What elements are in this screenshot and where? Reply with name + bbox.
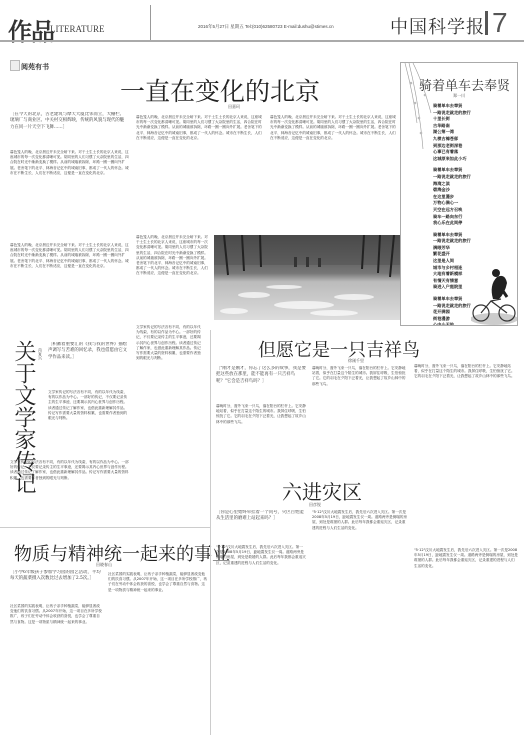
tree-lined-avenue-photo	[214, 235, 402, 320]
poem-line: 心事已有着落	[433, 149, 471, 156]
body-auspicious-bird-col1: 暮晚时分，窗外飞来一只鸟，落在阳台的栏杆上。它安静地站着，似乎在打量这个陌生的城…	[216, 404, 306, 476]
author-biography: 肖复兴	[37, 348, 43, 360]
headline-auspicious-bird: 但愿它是一只吉祥鸟	[258, 336, 420, 362]
body-material-spirit-col2: 社区菜园的实践表明，让孩子亲手种植蔬菜，能够显著改变他们的饮食习惯。从2007年…	[108, 572, 208, 736]
poem-line: 十里长街	[433, 116, 471, 123]
poem-title: 骑着单车去奉贤	[419, 75, 510, 94]
poem-line: 万物心满心一	[433, 200, 471, 207]
body-disaster-zone-col1: "5·12"汶川大地震发生后，我先后六次进入灾区。第一次是2008年5月19日，…	[216, 545, 306, 735]
body-biography-col2: 文学家传记的写法各有不同，有的以年代为线索，有的以作品为中心。一部好的传记，不仅…	[136, 325, 202, 520]
section-title: 作品	[8, 12, 54, 47]
lede-material-spirit: ［小学6年级孩子参加学习园的园艺活动，平均每天的蔬菜摄入次数比过去增加了2.5次…	[10, 570, 102, 598]
cyclist-illustration-icon	[471, 263, 517, 325]
lede-beijing: ［在今天的北京，古老建筑与摩天大厦比邻而立，大栅栏、琉璃厂与商业区、中关村交相辉…	[10, 112, 128, 146]
headline-disaster-zone: 六进灾区	[282, 476, 362, 505]
column-divider	[210, 330, 211, 735]
author-auspicious-bird: 徐刚千里	[348, 358, 364, 364]
lede-disaster-zone: ［你是心里始终牵挂着一个问号，灾区百姓能从生活里的磨难上站起来吗？］	[216, 510, 306, 540]
poem-line: 我心乐在此间停	[433, 220, 471, 227]
body-biography-col1: 文学家传记的写法各有不同，有的以年代为线索，有的以作品为中心。一部好的传记，不仅…	[48, 390, 128, 460]
poem-line: 湖公第一湾	[433, 129, 471, 136]
body-disaster-zone-col3: "5·12"汶川大地震发生后，我先后六次进入灾区。第一次是2008年5月19日，…	[414, 548, 518, 735]
author-beijing: 田嘉珂	[228, 104, 240, 110]
column-tag: 阅苑有书	[21, 62, 49, 72]
newspaper-name: 中国科学报	[390, 13, 485, 39]
author-material-spirit: 田晓春山	[96, 562, 112, 568]
body-beijing-col3: 暮色笼人的晚，北京晨边并未完全暗下来。对于土生土长的北京人来说，这座城市的每一次…	[270, 115, 398, 233]
poem-author: 郑一川	[453, 93, 465, 99]
poem-line: 一路说走就走的旅行	[433, 174, 471, 181]
poem-line: 大地有着新模样	[433, 271, 471, 278]
masthead-divider	[150, 5, 151, 41]
section-divider	[0, 527, 210, 528]
lede-auspicious-bird: ［"刚才是刚才，你忘了这么多的故事，我是要把这些放在那里，能不能再有一只吉祥鸟呢…	[216, 366, 306, 400]
body-biography-col1b: 文学家传记的写法各有不同，有的以年代为线索，有的以作品为中心。一部好的传记，不仅…	[10, 460, 130, 520]
poem-line: 这城原来如此小巧	[433, 156, 471, 163]
poem-line: 花开满园	[433, 309, 471, 316]
author-disaster-zone: 田彦锐	[309, 502, 321, 508]
poem-line: 天空在远方召唤	[433, 207, 471, 214]
body-beijing-col1b: 暮色笼人的晚，北京晨边并未完全暗下来。对于土生土长的北京人来说，这座城市的每一次…	[10, 243, 130, 303]
section-title-english: LITERATURE	[50, 24, 105, 34]
poem-line: 骑着单车去奉贤	[433, 167, 471, 174]
body-material-spirit-col1: 社区菜园的实践表明，让孩子亲手种植蔬菜，能够显著改变他们的饮食习惯。从2007年…	[10, 604, 102, 736]
issue-meta: 2016年5月27日 星期五 Tel:(010)62580723 E-mail:…	[198, 24, 334, 30]
poem-line: 九棵古樟苍郁	[433, 136, 471, 143]
body-auspicious-bird-col2: 暮晚时分，窗外飞来一只鸟，落在阳台的栏杆上。它安静地站着，似乎在打量这个陌生的城…	[312, 366, 408, 476]
poem-line: 这里是人间	[433, 258, 471, 265]
body-beijing-col2b: 暮色笼人的晚，北京晨边并未完全暗下来。对于土生土长的北京人来说，这座城市的每一次…	[136, 235, 211, 320]
poem-line: 碧海金沙	[433, 187, 471, 194]
poem-line: 骑着单车去奉贤	[433, 296, 471, 303]
body-auspicious-bird-col3: 暮晚时分，窗外飞来一只鸟，落在阳台的栏杆上。它安静地站着，似乎在打量这个陌生的城…	[414, 364, 518, 544]
headline-material-spirit: 物质与精神统一起来的事业	[14, 540, 230, 566]
poem-body: 骑着单车去奉贤 一路说走就走的旅行 十里长街 古华路南 湖公第一湾 九棵古樟苍郁…	[433, 103, 471, 326]
poem-sidebar: 骑着单车去奉贤 郑一川 骑着单车去奉贤 一路说走就走的旅行 十里长街 古华路南 …	[400, 62, 518, 326]
poem-line: 心中小天地	[433, 322, 471, 326]
lede-biography: ［积蓄着重要汇的《我与我的世界》描绘声调写与苦难的回忆录，我也借愿由它文学作品来…	[48, 342, 128, 386]
header-rule	[0, 40, 524, 42]
page-number-bar	[485, 11, 488, 35]
headline-beijing: 一直在变化的北京	[120, 72, 320, 108]
body-disaster-zone-col2: "5·12"汶川大地震发生后，我先后六次进入灾区。第一次是2008年5月19日，…	[312, 510, 408, 735]
poem-line: 一路说走就走的旅行	[433, 238, 471, 245]
page-number: 7	[492, 7, 508, 39]
poem-line: 骑进入户庭院里	[433, 284, 471, 291]
poem-line: 骑着单车去奉贤	[433, 103, 471, 110]
column-tag-icon	[10, 60, 20, 71]
body-beijing-col2: 暮色笼人的晚，北京晨边并未完全暗下来。对于土生土长的北京人来说，这座城市的每一次…	[136, 115, 264, 235]
